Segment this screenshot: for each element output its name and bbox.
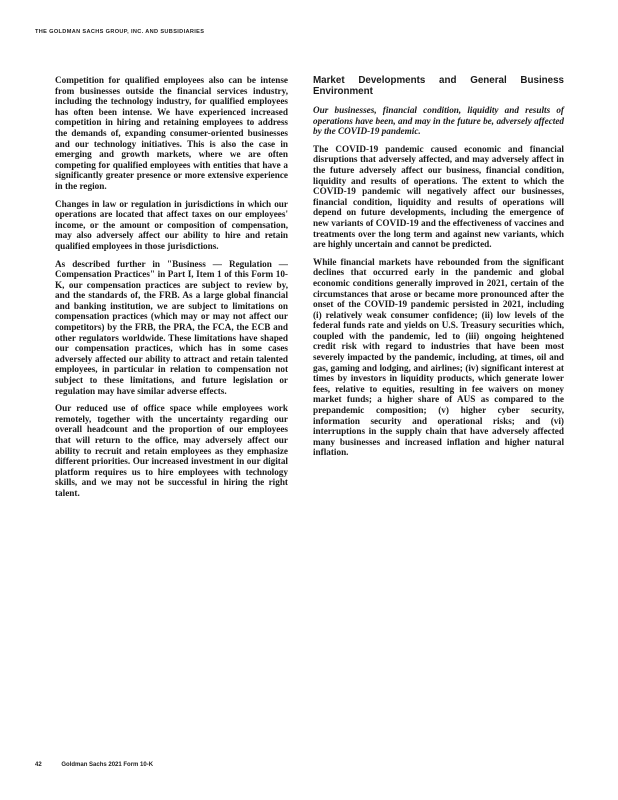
- paragraph: Our reduced use of office space while em…: [55, 403, 288, 498]
- paragraph: Competition for qualified employees also…: [55, 75, 288, 192]
- page-number: 42: [35, 762, 42, 768]
- document-name: Goldman Sachs 2021 Form 10-K: [61, 762, 153, 768]
- paragraph: While financial markets have rebounded f…: [313, 257, 564, 458]
- paragraph: As described further in "Business — Regu…: [55, 259, 288, 397]
- page-footer: 42 Goldman Sachs 2021 Form 10-K: [35, 762, 153, 768]
- paragraph: The COVID-19 pandemic caused economic an…: [313, 144, 564, 250]
- running-head: THE GOLDMAN SACHS GROUP, INC. AND SUBSID…: [35, 29, 204, 35]
- right-column: Market Developments and General Business…: [313, 75, 564, 465]
- risk-factor-title: Our businesses, financial condition, liq…: [313, 105, 564, 137]
- section-heading: Market Developments and General Business…: [313, 75, 564, 97]
- left-column: Competition for qualified employees also…: [55, 75, 288, 506]
- paragraph: Changes in law or regulation in jurisdic…: [55, 199, 288, 252]
